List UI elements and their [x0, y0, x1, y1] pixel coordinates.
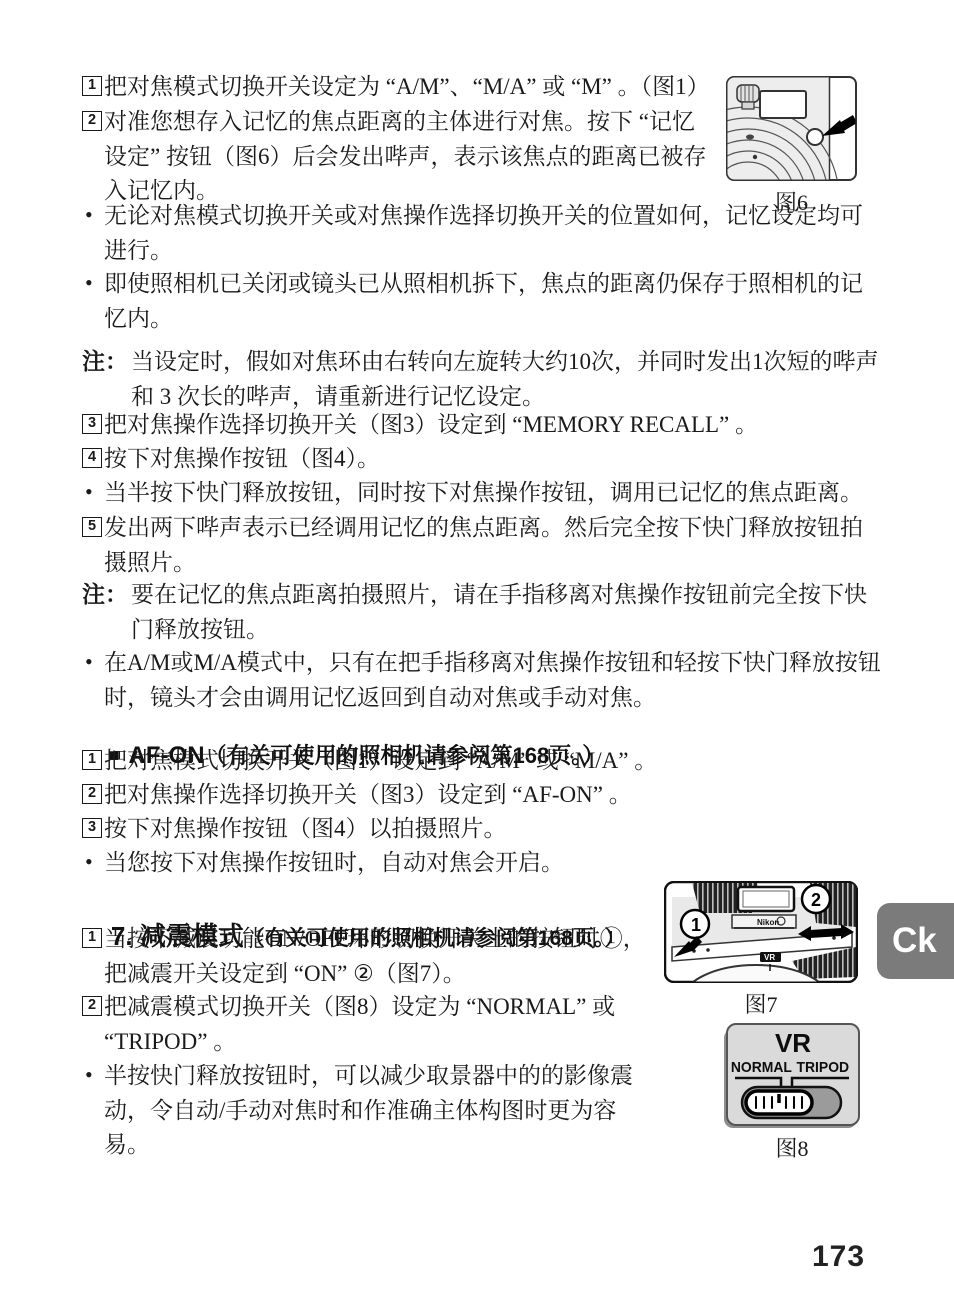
step-item: 2 对准您想存入记忆的焦点距离的主体进行对焦。按下 “记忆 设定” 按钮（图6）…	[82, 105, 706, 209]
vr-mode-switch-illustration: VR NORMAL TRIPOD	[722, 1021, 862, 1131]
bullet-icon: •	[85, 645, 93, 680]
step-item: 3 按下对焦操作按钮（图4）以拍摄照片。	[82, 812, 507, 847]
side-tab-label: Ck	[892, 921, 937, 961]
brand-text: Nikon	[757, 918, 779, 927]
bullet-item: • 当半按下快门释放按钮，同时按下对焦操作按钮，调用已记忆的焦点距离。	[82, 476, 863, 511]
step-item: 3 把对焦操作选择切换开关（图3）设定到 “MEMORY RECALL” 。	[82, 408, 758, 443]
step-number-box: 5	[82, 517, 102, 537]
figure-7-lens-drawing: Nikon VR 1	[664, 881, 858, 983]
step-item: 1 把对焦模式切换开关（图1）设定到 “A/M” 或 “M/A” 。	[82, 744, 657, 779]
vr-chip-label: VR	[764, 953, 775, 962]
figure-6-caption: 图6	[726, 186, 857, 217]
vr-mode-slider	[742, 1087, 841, 1118]
svg-text:1: 1	[691, 915, 701, 935]
normal-label: NORMAL	[731, 1060, 792, 1076]
bullet-icon: •	[85, 266, 93, 301]
figure-8-caption: 图8	[722, 1132, 862, 1163]
bullet-item: • 半按快门释放按钮时，可以减少取景器中的的影像震 动，令自动/手动对焦时和作准…	[82, 1059, 633, 1163]
step-item: 2 把减震模式切换开关（图8）设定为 “NORMAL” 或 “TRIPOD” 。	[82, 990, 615, 1059]
step-number-box: 1	[82, 750, 102, 770]
step-text: 把对焦模式切换开关（图1）设定到 “A/M” 或 “M/A” 。	[104, 744, 657, 779]
memory-set-button	[807, 129, 823, 145]
bullet-text: 在A/M或M/A模式中，只有在把手指移离对焦操作按钮和轻按下快门释放按钮 时，镜…	[104, 646, 881, 715]
bullet-text: 当半按下快门释放按钮，同时按下对焦操作按钮，调用已记忆的焦点距离。	[104, 476, 863, 511]
step-number-box: 2	[82, 784, 102, 804]
step-item: 4 按下对焦操作按钮（图4）。	[82, 442, 380, 477]
note-item: 注： 要在记忆的焦点距离拍摄照片，请在手指移离对焦操作按钮前完全按下快 门释放按…	[82, 578, 867, 647]
step-text: 发出两下哔声表示已经调用记忆的焦点距离。然后完全按下快门释放按钮拍 摄照片。	[104, 511, 863, 580]
figure-8-vr-panel: VR NORMAL TRIPOD	[722, 1021, 862, 1131]
language-side-tab: Ck	[877, 903, 954, 979]
step-number-box: 1	[82, 928, 102, 948]
svg-text:2: 2	[811, 890, 821, 910]
step-item: 2 把对焦操作选择切换开关（图3）设定到 “AF-ON” 。	[82, 778, 632, 813]
bullet-item: • 当您按下对焦操作按钮时，自动对焦会开启。	[82, 846, 564, 881]
bullet-icon: •	[85, 845, 93, 880]
bullet-icon: •	[85, 1058, 93, 1093]
step-text: 当按下减震功能ON/OFF环形切换开关上的按钮时①， 把减震开关设定到 “ON”…	[104, 922, 646, 991]
step-text: 对准您想存入记忆的焦点距离的主体进行对焦。按下 “记忆 设定” 按钮（图6）后会…	[104, 105, 706, 209]
bullet-text: 即使照相机已关闭或镜头已从照相机拆下，焦点的距离仍保存于照相机的记 忆内。	[104, 267, 863, 336]
step-text: 按下对焦操作按钮（图4）。	[104, 442, 380, 477]
step-item: 5 发出两下哔声表示已经调用记忆的焦点距离。然后完全按下快门释放按钮拍 摄照片。	[82, 511, 863, 580]
step-text: 把对焦操作选择切换开关（图3）设定到 “MEMORY RECALL” 。	[104, 408, 758, 443]
tripod-label: TRIPOD	[797, 1060, 850, 1076]
note-text: 当设定时，假如对焦环由右转向左旋转大约10次，并同时发出1次短的哔声 和 3 次…	[131, 345, 879, 414]
step-text: 按下对焦操作按钮（图4）以拍摄照片。	[104, 812, 507, 847]
note-text: 要在记忆的焦点距离拍摄照片，请在手指移离对焦操作按钮前完全按下快 门释放按钮。	[131, 578, 867, 647]
vr-title: VR	[775, 1028, 811, 1058]
note-label: 注：	[82, 345, 128, 380]
step-number-box: 3	[82, 818, 102, 838]
step-item: 1 把对焦模式切换开关设定为 “A/M”、“M/A” 或 “M” 。（图1）	[82, 70, 710, 105]
step-number-box: 2	[82, 996, 102, 1016]
step-text: 把减震模式切换开关（图8）设定为 “NORMAL” 或 “TRIPOD” 。	[104, 990, 615, 1059]
index-dot	[746, 135, 754, 140]
note-label: 注：	[82, 578, 128, 613]
figure-6-lens-drawing	[726, 76, 857, 181]
step-number-box: 1	[82, 76, 102, 96]
callout-2: 2	[802, 885, 830, 913]
step-number-box: 4	[82, 448, 102, 468]
memory-set-button-illustration	[726, 76, 857, 181]
bullet-icon: •	[85, 475, 93, 510]
bullet-text: 当您按下对焦操作按钮时，自动对焦会开启。	[104, 846, 564, 881]
bullet-item: • 即使照相机已关闭或镜头已从照相机拆下，焦点的距离仍保存于照相机的记 忆内。	[82, 267, 863, 336]
step-text: 把对焦操作选择切换开关（图3）设定到 “AF-ON” 。	[104, 778, 632, 813]
index-dot	[753, 155, 757, 159]
step-number-box: 2	[82, 111, 102, 131]
note-item: 注： 当设定时，假如对焦环由右转向左旋转大约10次，并同时发出1次短的哔声 和 …	[82, 345, 879, 414]
step-number-box: 3	[82, 414, 102, 434]
manual-page: 1 把对焦模式切换开关设定为 “A/M”、“M/A” 或 “M” 。（图1） 2…	[0, 0, 954, 1311]
bullet-text: 半按快门释放按钮时，可以减少取景器中的的影像震 动，令自动/手动对焦时和作准确主…	[104, 1059, 633, 1163]
callout-1: 1	[681, 910, 709, 938]
step-item: 1 当按下减震功能ON/OFF环形切换开关上的按钮时①， 把减震开关设定到 “O…	[82, 922, 646, 991]
distance-scale-window	[760, 91, 806, 118]
vr-switch-illustration: Nikon VR 1	[664, 881, 858, 983]
bullet-icon: •	[85, 198, 93, 233]
bullet-item: • 在A/M或M/A模式中，只有在把手指移离对焦操作按钮和轻按下快门释放按钮 时…	[82, 646, 881, 715]
figure-7-caption: 图7	[664, 988, 858, 1019]
page-number: 173	[812, 1240, 865, 1274]
step-text: 把对焦模式切换开关设定为 “A/M”、“M/A” 或 “M” 。（图1）	[104, 70, 710, 105]
